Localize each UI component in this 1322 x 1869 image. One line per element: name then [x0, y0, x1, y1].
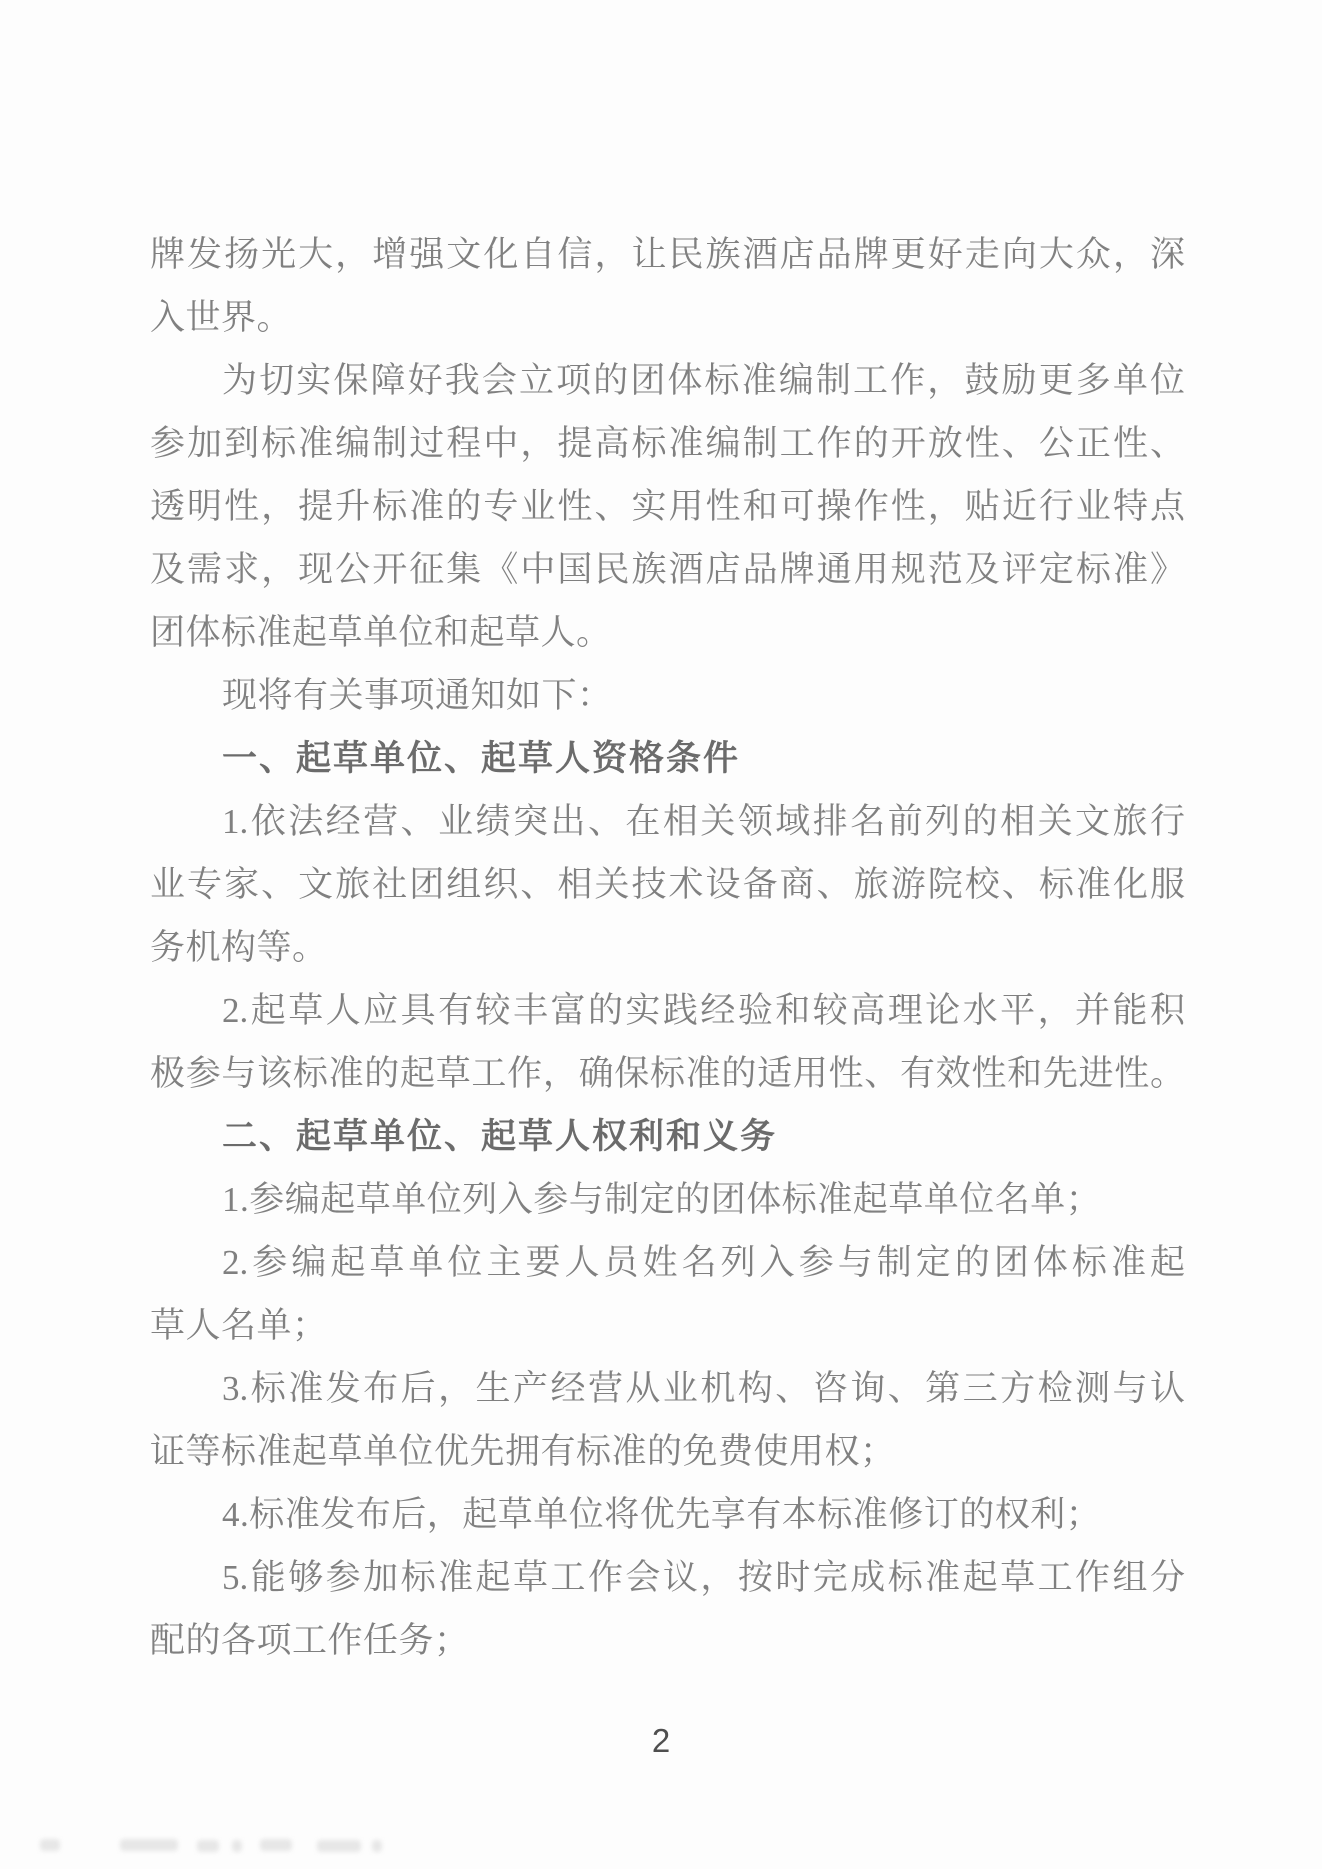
text-line: 证等标准起草单位优先拥有标准的免费使用权； [150, 1420, 1185, 1483]
document-page: 牌发扬光大，增强文化自信，让民族酒店品牌更好走向大众，深 入世界。 为切实保障好… [0, 0, 1322, 1869]
text-line: 务机构等。 [150, 916, 1185, 979]
scan-artifact [197, 1840, 219, 1852]
scan-artifact [372, 1840, 382, 1852]
text-line: 入世界。 [150, 286, 1185, 349]
text-line: 4.标准发布后，起草单位将优先享有本标准修订的权利； [150, 1483, 1185, 1546]
section-heading-1: 一、起草单位、起草人资格条件 [150, 727, 1185, 790]
section-heading-2: 二、起草单位、起草人权利和义务 [150, 1105, 1185, 1168]
text-line: 团体标准起草单位和起草人。 [150, 601, 1185, 664]
page-number: 2 [0, 1722, 1322, 1760]
text-line: 草人名单； [150, 1294, 1185, 1357]
text-line: 3.标准发布后，生产经营从业机构、咨询、第三方检测与认 [150, 1357, 1185, 1420]
text-line: 2.参编起草单位主要人员姓名列入参与制定的团体标准起 [150, 1231, 1185, 1294]
text-line: 5.能够参加标准起草工作会议，按时完成标准起草工作组分 [150, 1546, 1185, 1609]
scan-artifact [260, 1839, 292, 1851]
text-line: 为切实保障好我会立项的团体标准编制工作，鼓励更多单位 [150, 349, 1185, 412]
text-line: 2.起草人应具有较丰富的实践经验和较高理论水平，并能积 [150, 979, 1185, 1042]
text-line: 配的各项工作任务； [150, 1609, 1185, 1672]
text-line: 牌发扬光大，增强文化自信，让民族酒店品牌更好走向大众，深 [150, 223, 1185, 286]
scan-artifact [317, 1840, 361, 1852]
text-line: 及需求，现公开征集《中国民族酒店品牌通用规范及评定标准》 [150, 538, 1185, 601]
text-line: 参加到标准编制过程中，提高标准编制工作的开放性、公正性、 [150, 412, 1185, 475]
scan-artifact [120, 1839, 178, 1851]
text-line: 极参与该标准的起草工作，确保标准的适用性、有效性和先进性。 [150, 1042, 1185, 1105]
text-line: 现将有关事项通知如下： [150, 664, 1185, 727]
scan-artifact [40, 1839, 60, 1851]
scan-artifact [232, 1840, 242, 1852]
document-body: 牌发扬光大，增强文化自信，让民族酒店品牌更好走向大众，深 入世界。 为切实保障好… [150, 223, 1185, 1672]
text-line: 业专家、文旅社团组织、相关技术设备商、旅游院校、标准化服 [150, 853, 1185, 916]
text-line: 1.参编起草单位列入参与制定的团体标准起草单位名单； [150, 1168, 1185, 1231]
text-line: 透明性，提升标准的专业性、实用性和可操作性，贴近行业特点 [150, 475, 1185, 538]
text-line: 1.依法经营、业绩突出、在相关领域排名前列的相关文旅行 [150, 790, 1185, 853]
